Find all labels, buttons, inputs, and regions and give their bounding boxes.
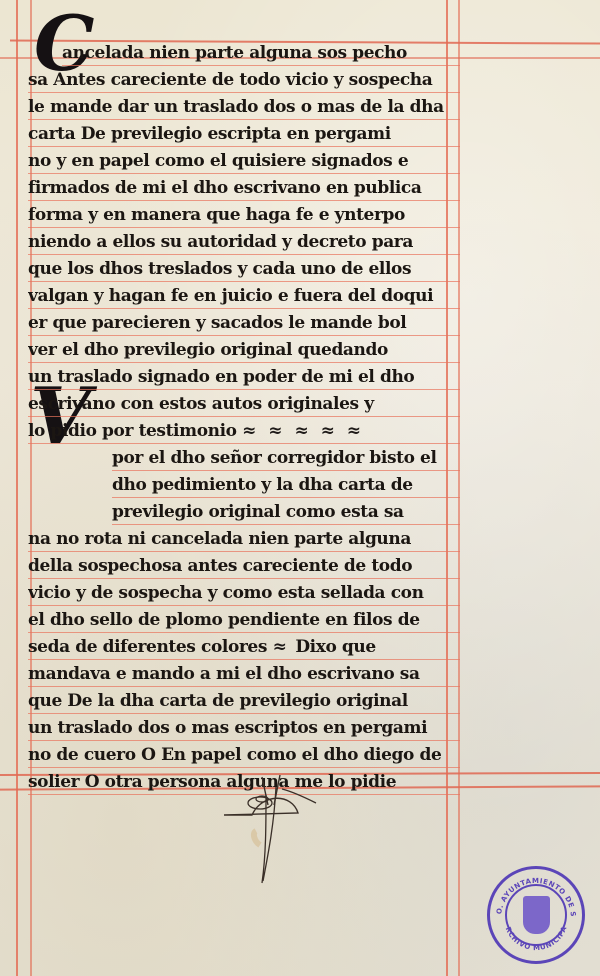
- text-line: lo pidio por testimonio ≈ ≈ ≈ ≈ ≈: [28, 418, 460, 445]
- text-line: escrivano con estos autos originales y: [28, 391, 460, 418]
- archive-stamp: EXCMO. AYUNTAMIENTO DE SORIA ARCHIVO MUN…: [487, 866, 585, 964]
- rubric-signature-icon: [222, 775, 322, 885]
- text-line: un traslado signado en poder de mi el dh…: [28, 364, 460, 391]
- text-line: er que parecieren y sacados le mande bol: [28, 310, 460, 337]
- text-line: por el dho señor corregidor bisto el: [112, 445, 460, 472]
- line-filler-flourish: ≈ ≈ ≈ ≈ ≈: [242, 421, 364, 441]
- text-line: sa Antes careciente de todo vicio y sosp…: [28, 67, 460, 94]
- text-line: firmados de mi el dho escrivano en publi…: [28, 175, 460, 202]
- manuscript-page: C V ancelada nien parte alguna sos pecho…: [0, 0, 600, 976]
- text-line: le mande dar un traslado dos o mas de la…: [28, 94, 460, 121]
- text-line: [28, 676, 460, 703]
- text-line: ver el dho previlegio original quedando: [28, 337, 460, 364]
- text-line: forma y en manera que haga fe e ynterpo: [28, 202, 460, 229]
- coat-of-arms-icon: [523, 896, 550, 934]
- text-line: na no rota ni cancelada nien parte algun…: [28, 526, 460, 553]
- text-line: valgan y hagan fe en juicio e fuera del …: [28, 283, 460, 310]
- text-line: un traslado dos o mas escriptos en perga…: [28, 715, 460, 742]
- text-line: el dho sello de plomo pendiente en filos…: [28, 607, 460, 634]
- text-line: seda de diferentes colores ≈ Dixo que: [28, 634, 460, 661]
- text-line: no de cuero O En papel como el dho diego…: [28, 742, 460, 769]
- line-filler-flourish: ≈: [273, 637, 290, 657]
- ruling-line-left-outer: [16, 0, 18, 976]
- text-line: carta De previlegio escripta en pergami: [28, 121, 460, 148]
- text-line: della sospechosa antes careciente de tod…: [28, 553, 460, 580]
- text-line: niendo a ellos su autoridad y decreto pa…: [28, 229, 460, 256]
- text-dixo-que: Dixo que: [295, 637, 375, 657]
- text-line: que los dhos treslados y cada uno de ell…: [28, 256, 460, 283]
- text-line: previlegio original como esta sa: [112, 499, 460, 526]
- text-line: ancelada nien parte alguna sos pecho: [62, 40, 460, 67]
- text-line: vicio y de sospecha y como esta sellada …: [28, 580, 460, 607]
- text-line: dho pedimiento y la dha carta de: [112, 472, 460, 499]
- text-line: no y en papel como el quisiere signados …: [28, 148, 460, 175]
